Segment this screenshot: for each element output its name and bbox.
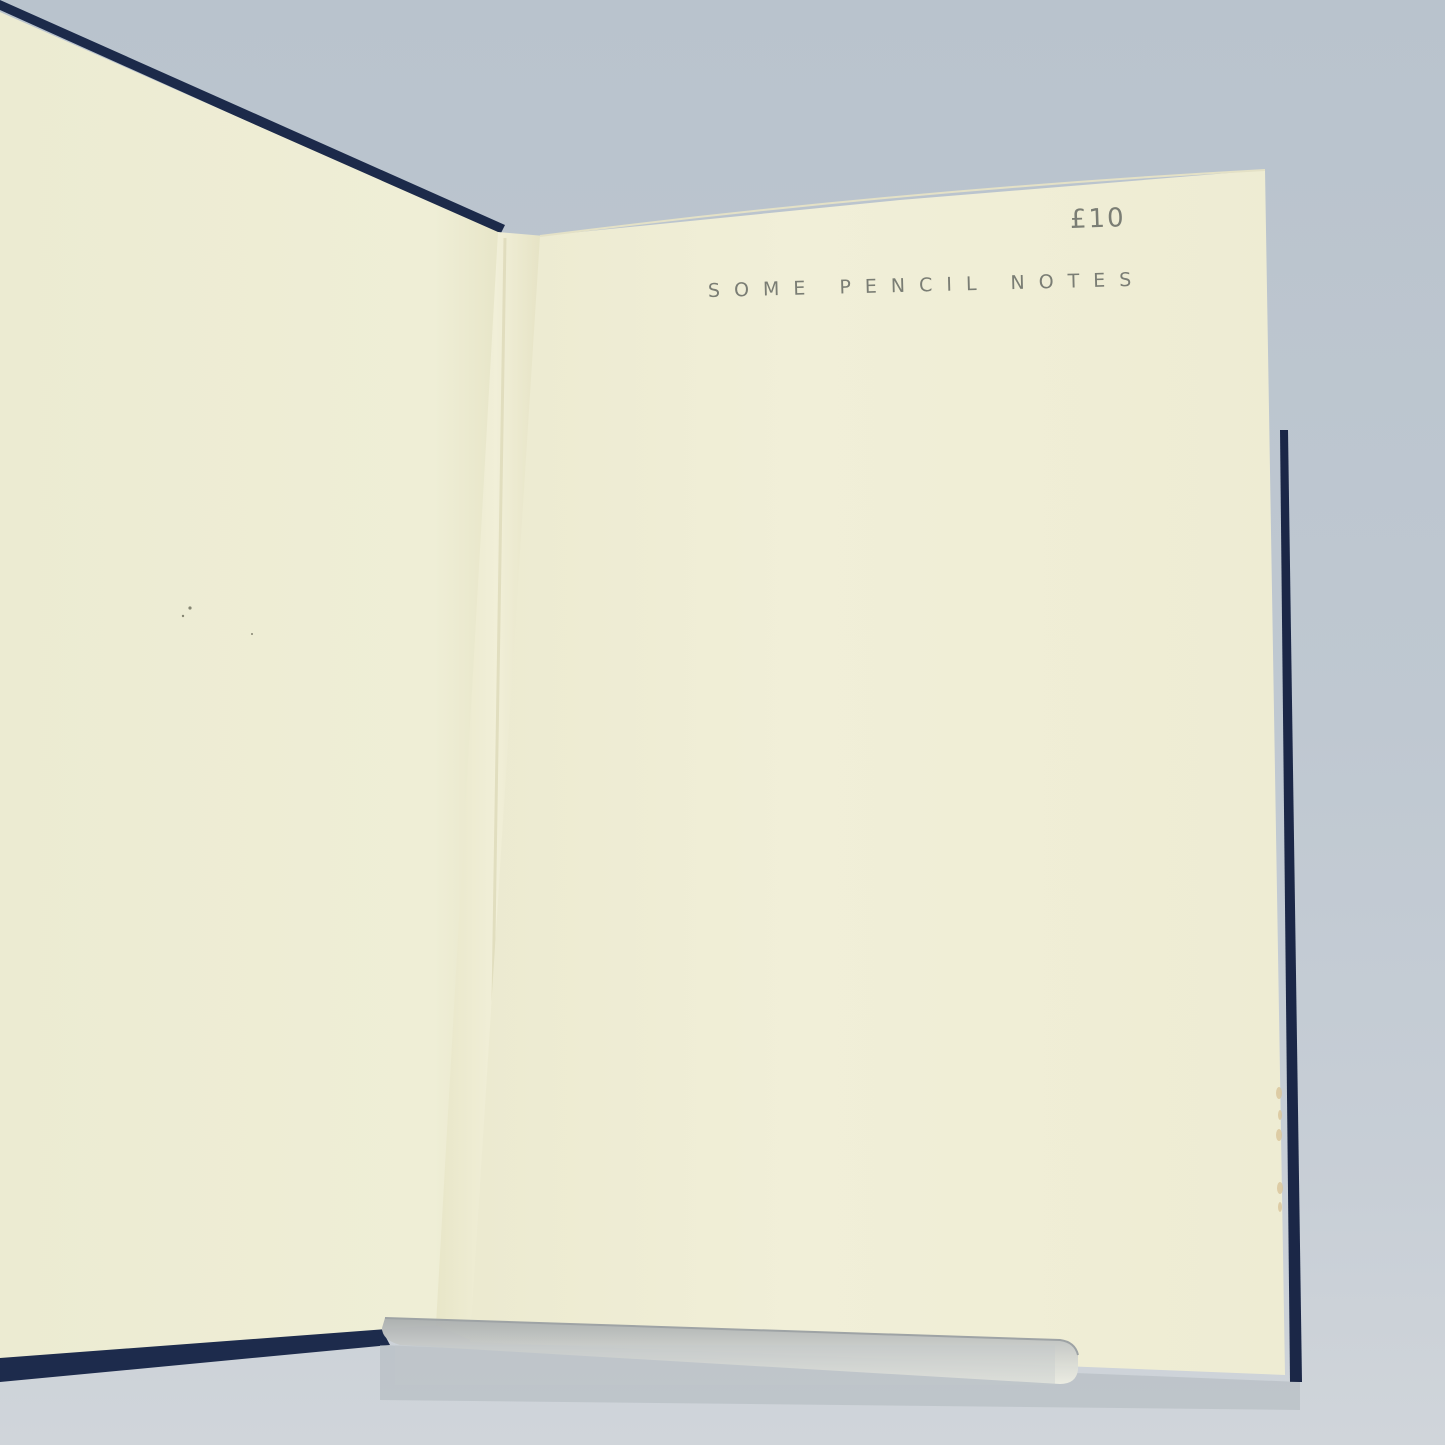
price-annotation: £10	[1069, 203, 1126, 235]
left-endpaper	[0, 12, 510, 1358]
book-illustration	[0, 0, 1445, 1445]
book-photo: £10 SOME PENCIL NOTES	[0, 0, 1445, 1445]
right-endpaper	[470, 170, 1285, 1375]
right-cover-edge	[1280, 430, 1302, 1382]
